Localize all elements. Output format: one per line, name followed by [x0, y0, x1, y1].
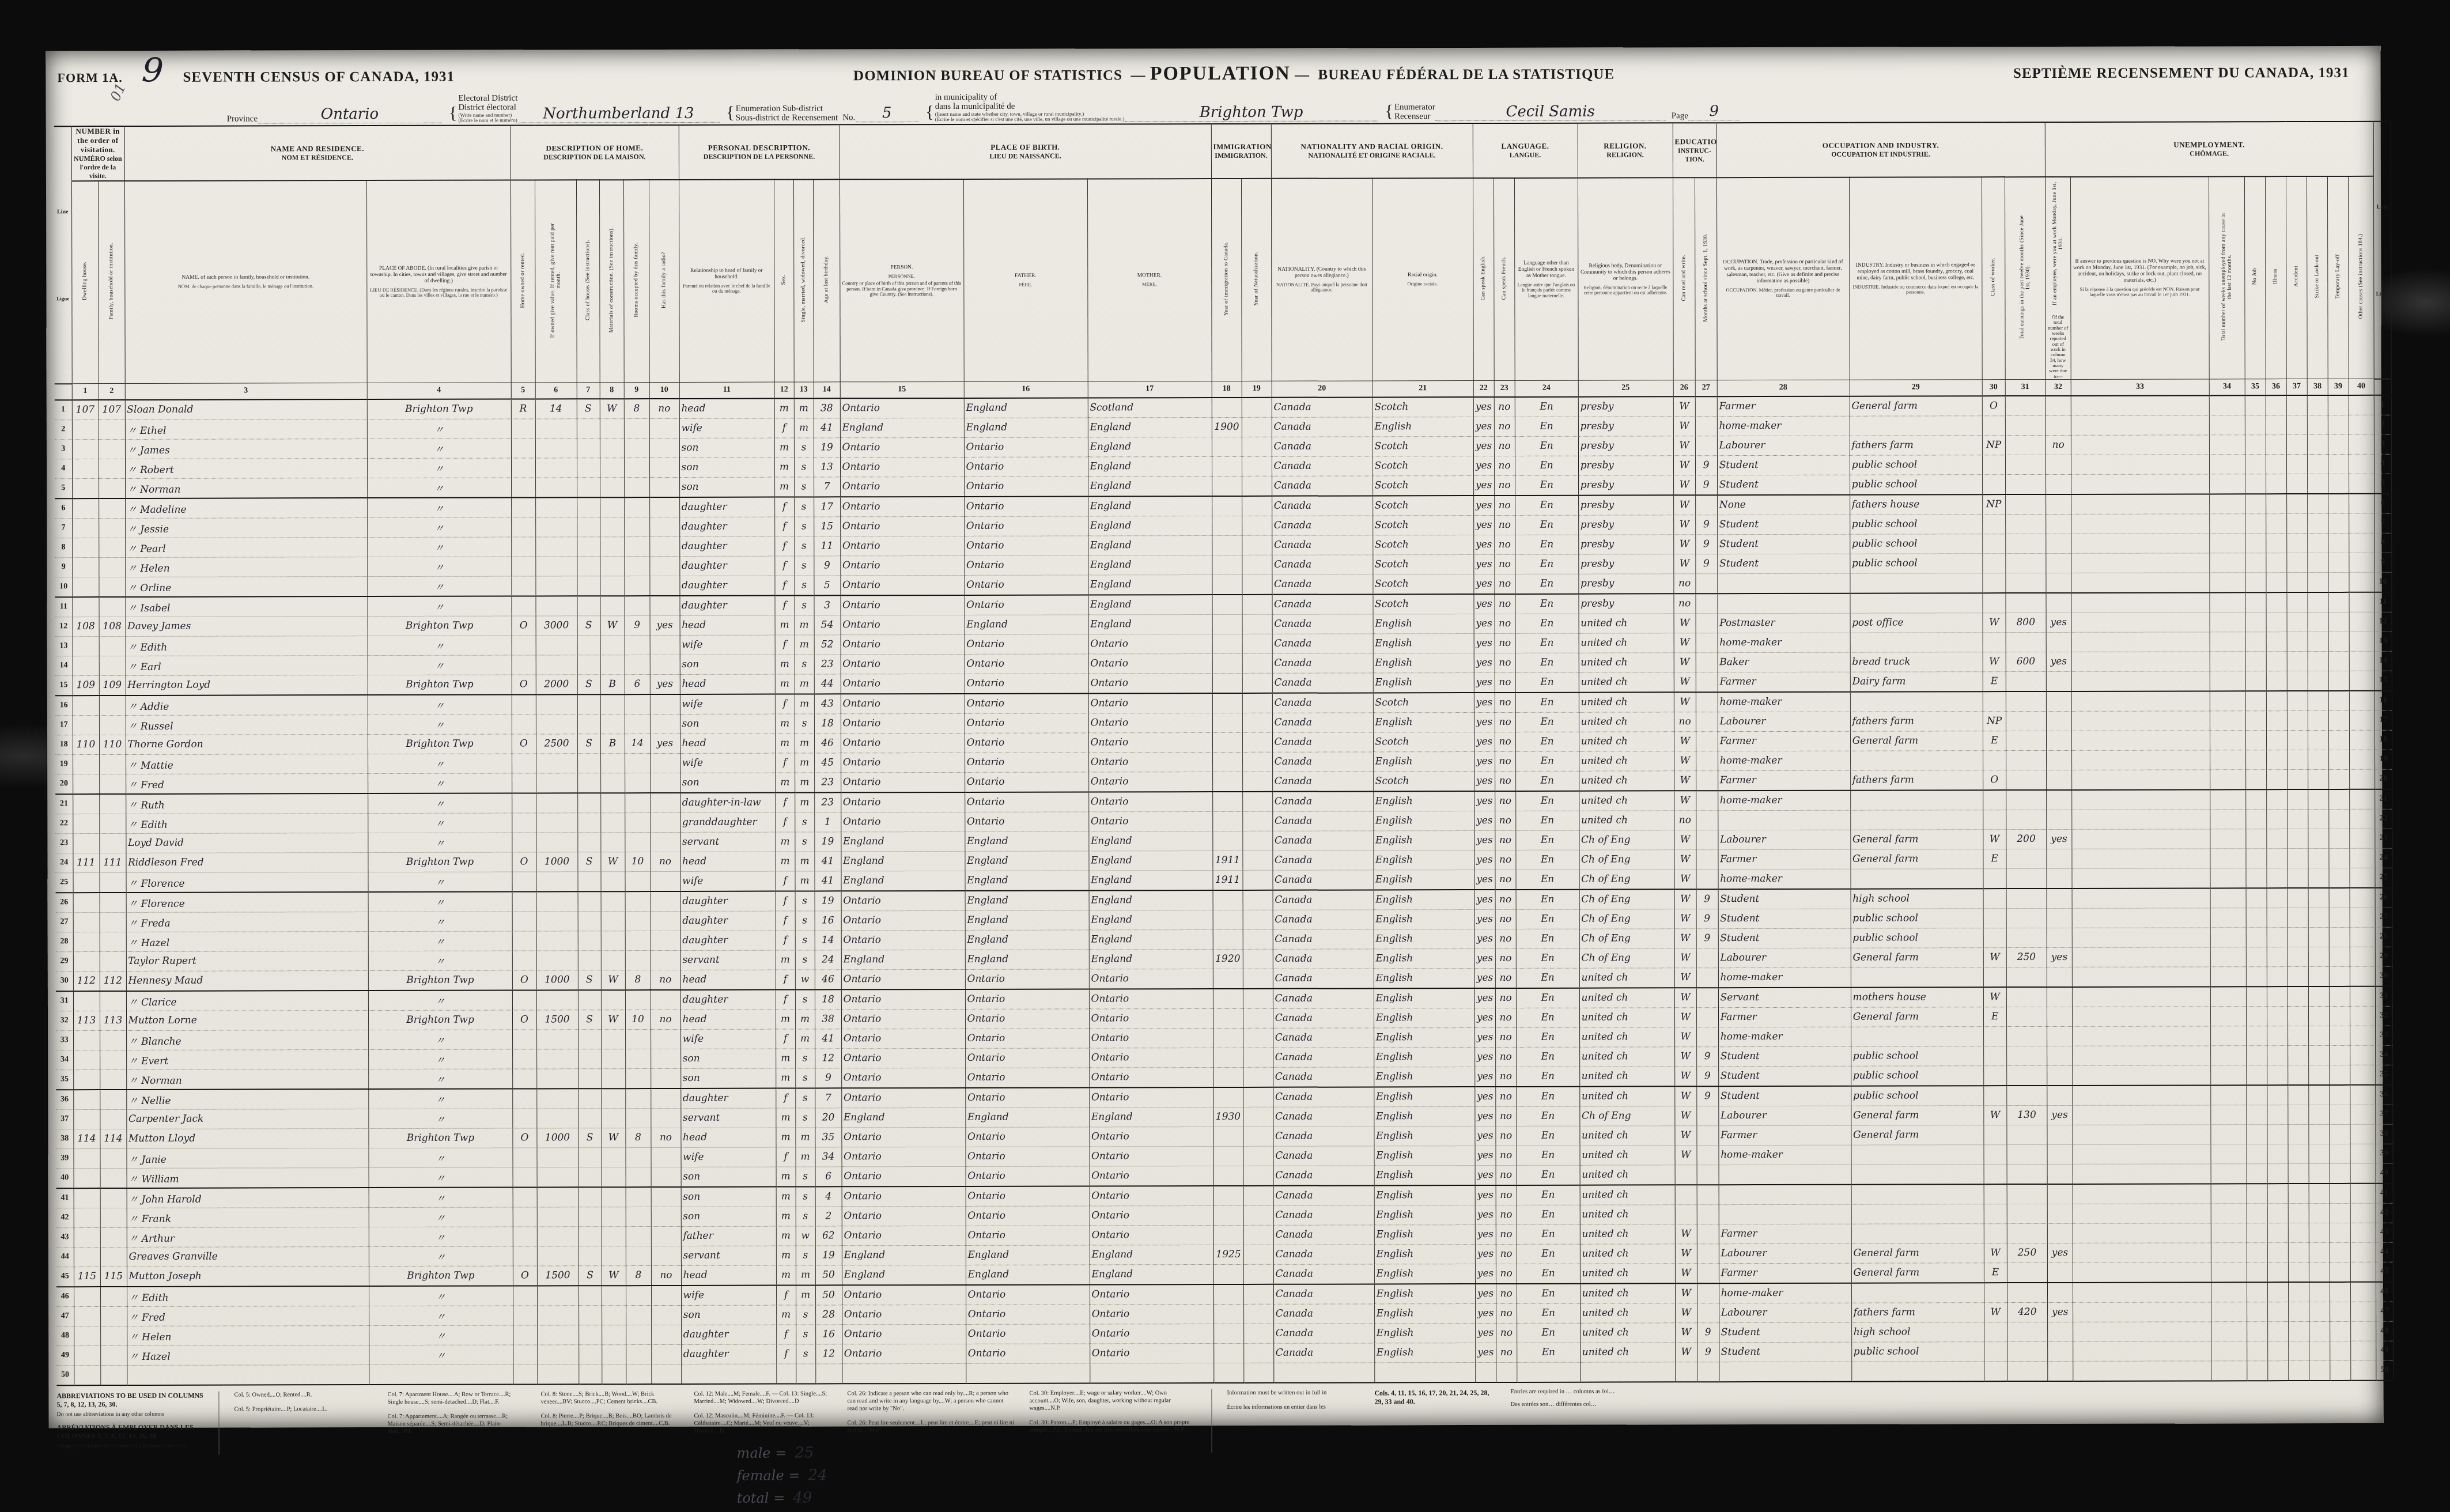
- cell-lang: En: [1515, 751, 1579, 771]
- cell-bpp: [842, 1363, 966, 1384]
- line-number: 19: [55, 754, 73, 774]
- cell-val: [535, 458, 577, 477]
- cell-natz: [1242, 634, 1272, 653]
- cell-c40: [2349, 493, 2374, 513]
- cell-natz: [1243, 1028, 1273, 1048]
- cell-c37: [2286, 513, 2307, 533]
- brace-glyph: {: [449, 104, 457, 123]
- province-field: Province Ontario: [227, 105, 442, 124]
- column-header-35: No Job: [2244, 176, 2266, 379]
- cell-fre: no: [1495, 574, 1515, 594]
- cell-bpm: Ontario: [1088, 752, 1212, 772]
- cell-bpf: Ontario: [966, 1284, 1090, 1305]
- cell-bpm: England: [1090, 1264, 1213, 1284]
- cell-why: [2072, 1105, 2210, 1125]
- column-number-7: 7: [577, 383, 600, 399]
- column-number-14: 14: [814, 382, 840, 398]
- cell-why: [2071, 810, 2210, 830]
- cell-c39: [2328, 434, 2349, 454]
- cell-occ: home-maker: [1718, 1027, 1851, 1046]
- cell-cls: [577, 438, 600, 458]
- cell-c39: [2330, 1203, 2350, 1223]
- cell-c39: [2329, 1065, 2350, 1085]
- cell-cw: [1984, 1184, 2007, 1204]
- cell-occ: Farmer: [1719, 1125, 1851, 1145]
- cell-c37: [2288, 1282, 2309, 1302]
- cell-occ: Student: [1718, 1066, 1851, 1086]
- cell-c39: [2330, 1163, 2350, 1184]
- cell-name: 〃 Arthur: [127, 1227, 369, 1247]
- cell-wks: [2210, 947, 2246, 966]
- column-number-4: 4: [367, 383, 511, 399]
- cell-mat: [600, 832, 625, 852]
- cell-dw: [73, 1090, 100, 1110]
- cell-c40: [2350, 1105, 2375, 1124]
- cell-ind: public school: [1851, 1086, 1983, 1106]
- cell-mat: [601, 1049, 625, 1068]
- cell-work: [2046, 810, 2071, 829]
- cell-c39: [2328, 533, 2349, 553]
- cell-race: English: [1374, 1126, 1475, 1146]
- cell-fre: no: [1496, 1323, 1517, 1343]
- cell-rad: [651, 931, 680, 950]
- column-header-25: Religious body, Denomination or Communit…: [1578, 177, 1673, 380]
- cell-own: [512, 715, 536, 734]
- line-column-header: LineLigne: [54, 126, 72, 384]
- cell-eng: yes: [1475, 1185, 1496, 1205]
- cell-bpp: Ontario: [840, 516, 964, 536]
- cell-rel: head: [680, 1128, 776, 1147]
- cell-c40: [2350, 1006, 2375, 1026]
- cell-why: [2072, 1065, 2210, 1086]
- cell-relig: united ch: [1579, 731, 1674, 751]
- cell-rms: [625, 832, 650, 852]
- cell-cls: [577, 497, 600, 517]
- cell-why: [2071, 553, 2209, 573]
- cell-rad: [649, 497, 679, 517]
- cell-rw: W: [1674, 652, 1696, 672]
- cell-relig: united ch: [1579, 988, 1674, 1008]
- cell-lang: En: [1517, 1283, 1580, 1303]
- cell-wks: [2209, 454, 2245, 474]
- cell-occ: Labourer: [1718, 1106, 1851, 1125]
- line-number-right: 1: [2374, 395, 2391, 415]
- group-header: PLACE OF BIRTH.LIEU DE NAISSANCE.: [840, 124, 1211, 179]
- cell-dw: [73, 636, 99, 656]
- cell-c40: [2350, 1321, 2376, 1341]
- totals-female: female =24: [737, 1464, 827, 1487]
- cell-imm: [1212, 792, 1242, 812]
- cell-nat: Canada: [1272, 456, 1373, 476]
- cell-bpp: England: [841, 1107, 965, 1127]
- cell-dw: [73, 932, 100, 951]
- cell-c39: [2330, 1262, 2350, 1282]
- cell-lang: En: [1516, 1047, 1579, 1067]
- cell-natz: [1243, 1146, 1273, 1166]
- cell-earn: [2006, 889, 2047, 909]
- cell-why: [2072, 1026, 2210, 1046]
- cell-occ: Labourer: [1719, 1243, 1851, 1263]
- cell-mat: W: [601, 1128, 625, 1147]
- cell-eng: yes: [1474, 791, 1495, 811]
- cell-c40: [2350, 1163, 2376, 1184]
- cell-wks: [2210, 908, 2246, 927]
- line-number-right: 45: [2376, 1262, 2393, 1282]
- cell-work: [2046, 731, 2071, 750]
- cell-bpp: England: [842, 1265, 966, 1285]
- cell-val: [537, 1305, 579, 1325]
- cell-nat: Canada: [1273, 1324, 1374, 1343]
- cell-sex: f: [776, 1088, 795, 1108]
- cell-eng: yes: [1474, 771, 1495, 791]
- cell-sex: f: [774, 556, 794, 576]
- cell-dw: [72, 538, 99, 557]
- cell-rms: 6: [625, 674, 650, 694]
- cell-rms: [625, 950, 651, 970]
- line-number-right: 25: [2375, 868, 2392, 888]
- cell-rw: W: [1674, 988, 1696, 1008]
- cell-c35: [2247, 1203, 2267, 1223]
- cell-val: [537, 1187, 579, 1207]
- cell-eng: yes: [1474, 968, 1495, 988]
- cell-earn: [2006, 573, 2046, 593]
- cell-race: English: [1374, 850, 1474, 870]
- cell-age: 12: [815, 1344, 842, 1363]
- abbrev-title-block: ABBREVIATIONS TO BE USED IN COLUMNS 5, 7…: [56, 1391, 203, 1455]
- cell-nat: Canada: [1273, 1087, 1374, 1107]
- cell-rel: daughter: [679, 536, 774, 556]
- cell-imm: [1212, 752, 1242, 772]
- column-header-9: Rooms occupied by this family.: [623, 180, 649, 383]
- cell-c39: [2329, 1105, 2350, 1124]
- cell-sex: f: [775, 694, 795, 714]
- group-header: DESCRIPTION OF HOME.DESCRIPTION DE LA MA…: [511, 125, 679, 180]
- cell-race: English: [1374, 948, 1474, 968]
- cell-fam: [99, 695, 126, 716]
- cell-lang: En: [1515, 535, 1578, 554]
- group-header: NAME AND RESIDENCE.NOM ET RÉSIDENCE.: [124, 126, 511, 181]
- cell-lang: En: [1517, 1165, 1580, 1185]
- cell-nat: Canada: [1273, 1343, 1374, 1363]
- cell-mar: s: [795, 655, 814, 674]
- cell-wks: [2211, 1203, 2247, 1223]
- cell-race: English: [1374, 1047, 1474, 1067]
- cell-rms: 8: [625, 970, 651, 990]
- cell-wks: [2210, 671, 2245, 691]
- cell-bpp: Ontario: [841, 615, 965, 634]
- group-header: UNEMPLOYMENT.CHÔMAGE.: [2045, 122, 2373, 177]
- cell-cls: [579, 1344, 602, 1364]
- cell-own: [513, 1187, 537, 1207]
- cell-race: English: [1373, 633, 1474, 653]
- cell-mar: [796, 1364, 815, 1384]
- cell-why: [2071, 435, 2209, 455]
- cell-eng: yes: [1474, 870, 1495, 890]
- cell-own: [513, 1167, 537, 1188]
- cell-fre: no: [1496, 1284, 1517, 1304]
- cell-c40: [2350, 1242, 2376, 1262]
- cell-wks: [2211, 1124, 2247, 1144]
- cell-wks: [2211, 1321, 2247, 1341]
- cell-lang: En: [1515, 830, 1579, 850]
- line-number: 48: [56, 1326, 74, 1345]
- cell-c35: [2246, 986, 2267, 1007]
- cell-age: 23: [814, 772, 841, 792]
- cell-c36: [2267, 868, 2288, 888]
- cell-cw: W: [1983, 652, 2006, 671]
- cell-ind: [1851, 1164, 1984, 1184]
- handwritten-totals: male =25 female =24 total =49: [737, 1442, 827, 1509]
- cell-own: [511, 439, 535, 458]
- cell-fam: 110: [99, 735, 126, 754]
- cell-c38: [2308, 671, 2328, 691]
- cell-bpp: England: [841, 871, 965, 891]
- cell-wks: [2210, 927, 2246, 947]
- cell-work: [2047, 868, 2072, 889]
- cell-lang: En: [1516, 1086, 1579, 1106]
- cell-cw: [1983, 593, 2006, 613]
- column-header-38: Strike or Lock-out: [2307, 176, 2328, 379]
- cell-name: 〃 Robert: [125, 458, 367, 478]
- cell-nat: Canada: [1273, 1166, 1374, 1186]
- cell-cw: [1983, 790, 2006, 810]
- cell-rw: W: [1675, 1145, 1697, 1165]
- cell-own: [511, 458, 535, 478]
- cell-nat: Canada: [1272, 831, 1373, 850]
- line-number: 11: [55, 597, 72, 617]
- cell-nat: Canada: [1273, 1048, 1374, 1067]
- cell-earn: [2006, 928, 2047, 947]
- cell-eng: yes: [1474, 1106, 1495, 1126]
- cell-c36: [2267, 1262, 2288, 1282]
- cell-work: yes: [2047, 1243, 2073, 1262]
- cell-cls: [577, 556, 600, 576]
- cell-c36: [2266, 434, 2286, 454]
- cell-rms: [626, 1325, 651, 1344]
- cell-ind: public school: [1850, 474, 1982, 494]
- line-number-right: 15: [2375, 671, 2392, 691]
- cell-rms: [625, 911, 651, 931]
- cell-rad: [651, 1325, 681, 1344]
- cell-cw: [1983, 573, 2006, 593]
- cell-mat: [601, 950, 625, 970]
- cell-c39: [2328, 612, 2349, 632]
- cell-own: [513, 1345, 537, 1364]
- cell-dw: [73, 893, 100, 913]
- cell-bpp: Ontario: [840, 575, 964, 595]
- cell-sex: f: [776, 1029, 795, 1049]
- cell-c35: [2247, 1163, 2267, 1184]
- cell-natz: [1243, 1304, 1273, 1324]
- cell-cls: [577, 418, 600, 438]
- cell-earn: [2005, 415, 2046, 435]
- cell-sex: m: [774, 398, 794, 418]
- cell-c35: [2246, 1026, 2267, 1045]
- cell-cls: [577, 655, 600, 674]
- line-number-right: 4: [2374, 454, 2391, 474]
- cell-lang: En: [1515, 515, 1578, 535]
- cell-bpm: Ontario: [1090, 1324, 1213, 1343]
- cell-dw: [74, 1227, 100, 1247]
- cell-name: 〃 Helen: [125, 557, 367, 577]
- cell-mat: [600, 793, 625, 813]
- cell-cls: [577, 458, 600, 477]
- cell-mat: [600, 753, 625, 773]
- cell-val: [536, 655, 577, 674]
- cell-rel: son: [680, 1049, 776, 1068]
- cell-own: O: [512, 734, 536, 754]
- cell-own: O: [513, 1266, 537, 1286]
- cell-earn: [2007, 1262, 2047, 1283]
- cell-eng: yes: [1475, 1323, 1496, 1343]
- cell-work: [2046, 514, 2071, 534]
- line-number-right: 31: [2375, 986, 2392, 1006]
- cell-rw: [1675, 1204, 1697, 1224]
- cell-rad: [649, 458, 679, 477]
- cell-name: 〃 Fred: [127, 1306, 369, 1326]
- column-header-30: Class of worker.: [1982, 177, 2005, 380]
- cell-occ: Student: [1717, 534, 1850, 554]
- cell-c37: [2288, 1085, 2308, 1105]
- cell-nat: Canada: [1273, 850, 1374, 870]
- line-number: 20: [55, 774, 73, 794]
- cell-bpp: Ontario: [841, 969, 965, 989]
- cell-rms: [624, 497, 649, 517]
- cell-sch: 9: [1696, 1086, 1718, 1106]
- line-number-right: 49: [2376, 1341, 2393, 1360]
- cell-work: [2046, 632, 2071, 652]
- cell-natz: [1242, 673, 1272, 693]
- cell-lang: En: [1516, 870, 1579, 890]
- cell-mar: s: [796, 1207, 815, 1226]
- cell-mat: [601, 1029, 625, 1049]
- cell-c35: [2245, 513, 2266, 533]
- page-value: 9: [1688, 103, 1740, 120]
- cell-race: Scotch: [1373, 515, 1473, 535]
- line-number: 13: [55, 636, 73, 656]
- cell-own: [512, 1030, 536, 1049]
- cell-c39: [2330, 1302, 2350, 1321]
- cell-c39: [2328, 789, 2349, 810]
- column-header-39: Temporary Lay-off: [2327, 176, 2349, 379]
- cell-age: 34: [815, 1147, 842, 1166]
- cell-mat: [602, 1226, 626, 1246]
- cell-ind: General farm: [1851, 1105, 1983, 1125]
- cell-c39: [2328, 572, 2349, 592]
- cell-mar: s: [794, 477, 814, 497]
- cell-cw: [1982, 474, 2005, 494]
- cell-age: 54: [814, 615, 841, 634]
- cell-occ: home-maker: [1718, 691, 1850, 712]
- cell-c35: [2245, 553, 2266, 572]
- cell-race: English: [1373, 751, 1474, 771]
- cell-c39: [2328, 829, 2349, 848]
- cell-rad: [651, 1226, 681, 1246]
- cell-mar: s: [796, 1167, 815, 1187]
- cell-nat: Canada: [1273, 1304, 1374, 1324]
- cell-rw: W: [1673, 495, 1695, 515]
- cell-rel: son: [679, 458, 774, 477]
- cell-fam: [100, 991, 126, 1011]
- line-number: 10: [55, 577, 72, 597]
- line-number: 36: [56, 1090, 73, 1110]
- abbrev-col5: Col. 5: Owned....O; Rented....R.Col. 5: …: [234, 1391, 372, 1455]
- cell-race: English: [1374, 870, 1474, 890]
- cell-sex: m: [775, 852, 795, 871]
- cell-earn: [2006, 750, 2046, 770]
- line-number: 47: [56, 1306, 74, 1326]
- cell-rms: [624, 576, 649, 596]
- cell-ind: public school: [1850, 455, 1982, 474]
- cell-mat: [602, 1305, 626, 1325]
- cell-c35: [2246, 927, 2267, 947]
- cell-val: [536, 832, 577, 852]
- cell-mar: m: [795, 753, 814, 773]
- cell-c37: [2288, 1006, 2308, 1026]
- cell-c35: [2247, 1124, 2267, 1144]
- cell-rad: no: [651, 1128, 680, 1147]
- cell-mar: s: [796, 1305, 815, 1325]
- column-number-10: 10: [649, 383, 679, 399]
- cell-work: yes: [2046, 613, 2071, 632]
- cell-dw: [73, 1148, 100, 1168]
- cell-c37: [2286, 494, 2307, 514]
- cell-abode: Brighton Twp: [368, 852, 512, 872]
- cell-rel: servant: [680, 950, 776, 970]
- cell-nat: Canada: [1272, 772, 1373, 792]
- cell-abode: 〃: [369, 1325, 513, 1345]
- table-row: 5050: [56, 1360, 2393, 1385]
- cell-c39: [2329, 1045, 2350, 1065]
- cell-sex: m: [775, 674, 795, 694]
- line-number-right: 47: [2376, 1302, 2393, 1321]
- cell-cls: [579, 1246, 602, 1265]
- cell-c39: [2328, 415, 2349, 434]
- cell-imm: [1213, 1146, 1243, 1166]
- cell-mar: s: [796, 1344, 815, 1364]
- cell-eng: yes: [1473, 397, 1494, 417]
- cell-rel: servant: [681, 1246, 776, 1265]
- cell-c40: [2349, 651, 2375, 671]
- cell-c39: [2329, 1084, 2350, 1105]
- subdistrict-label: Enumeration Sub-district Sous-district d…: [736, 104, 838, 123]
- cell-earn: [2006, 790, 2046, 810]
- cell-relig: presby: [1578, 436, 1673, 455]
- cell-c40: [2349, 690, 2375, 710]
- cell-own: [513, 1246, 537, 1266]
- cell-c40: [2350, 1360, 2376, 1381]
- cell-mar: s: [794, 556, 814, 576]
- cell-name: 〃 Russel: [126, 715, 368, 735]
- cell-dw: [73, 794, 99, 814]
- cell-c36: [2267, 1124, 2288, 1144]
- cell-wks: [2211, 1144, 2247, 1163]
- cell-eng: yes: [1474, 1008, 1495, 1027]
- cell-earn: [2007, 1164, 2047, 1184]
- cell-name: Davey James: [126, 616, 368, 636]
- cell-lang: En: [1515, 692, 1579, 712]
- column-number-21: 21: [1373, 381, 1473, 397]
- cell-c36: [2266, 710, 2287, 730]
- cell-c38: [2309, 1341, 2330, 1360]
- cell-c37: [2288, 1144, 2309, 1163]
- cell-rms: 8: [626, 1265, 651, 1286]
- cell-wks: [2210, 1085, 2246, 1105]
- cell-wks: [2209, 395, 2245, 415]
- cell-occ: Student: [1717, 515, 1850, 534]
- cell-nat: Canada: [1273, 1284, 1374, 1304]
- cell-mat: [600, 438, 624, 458]
